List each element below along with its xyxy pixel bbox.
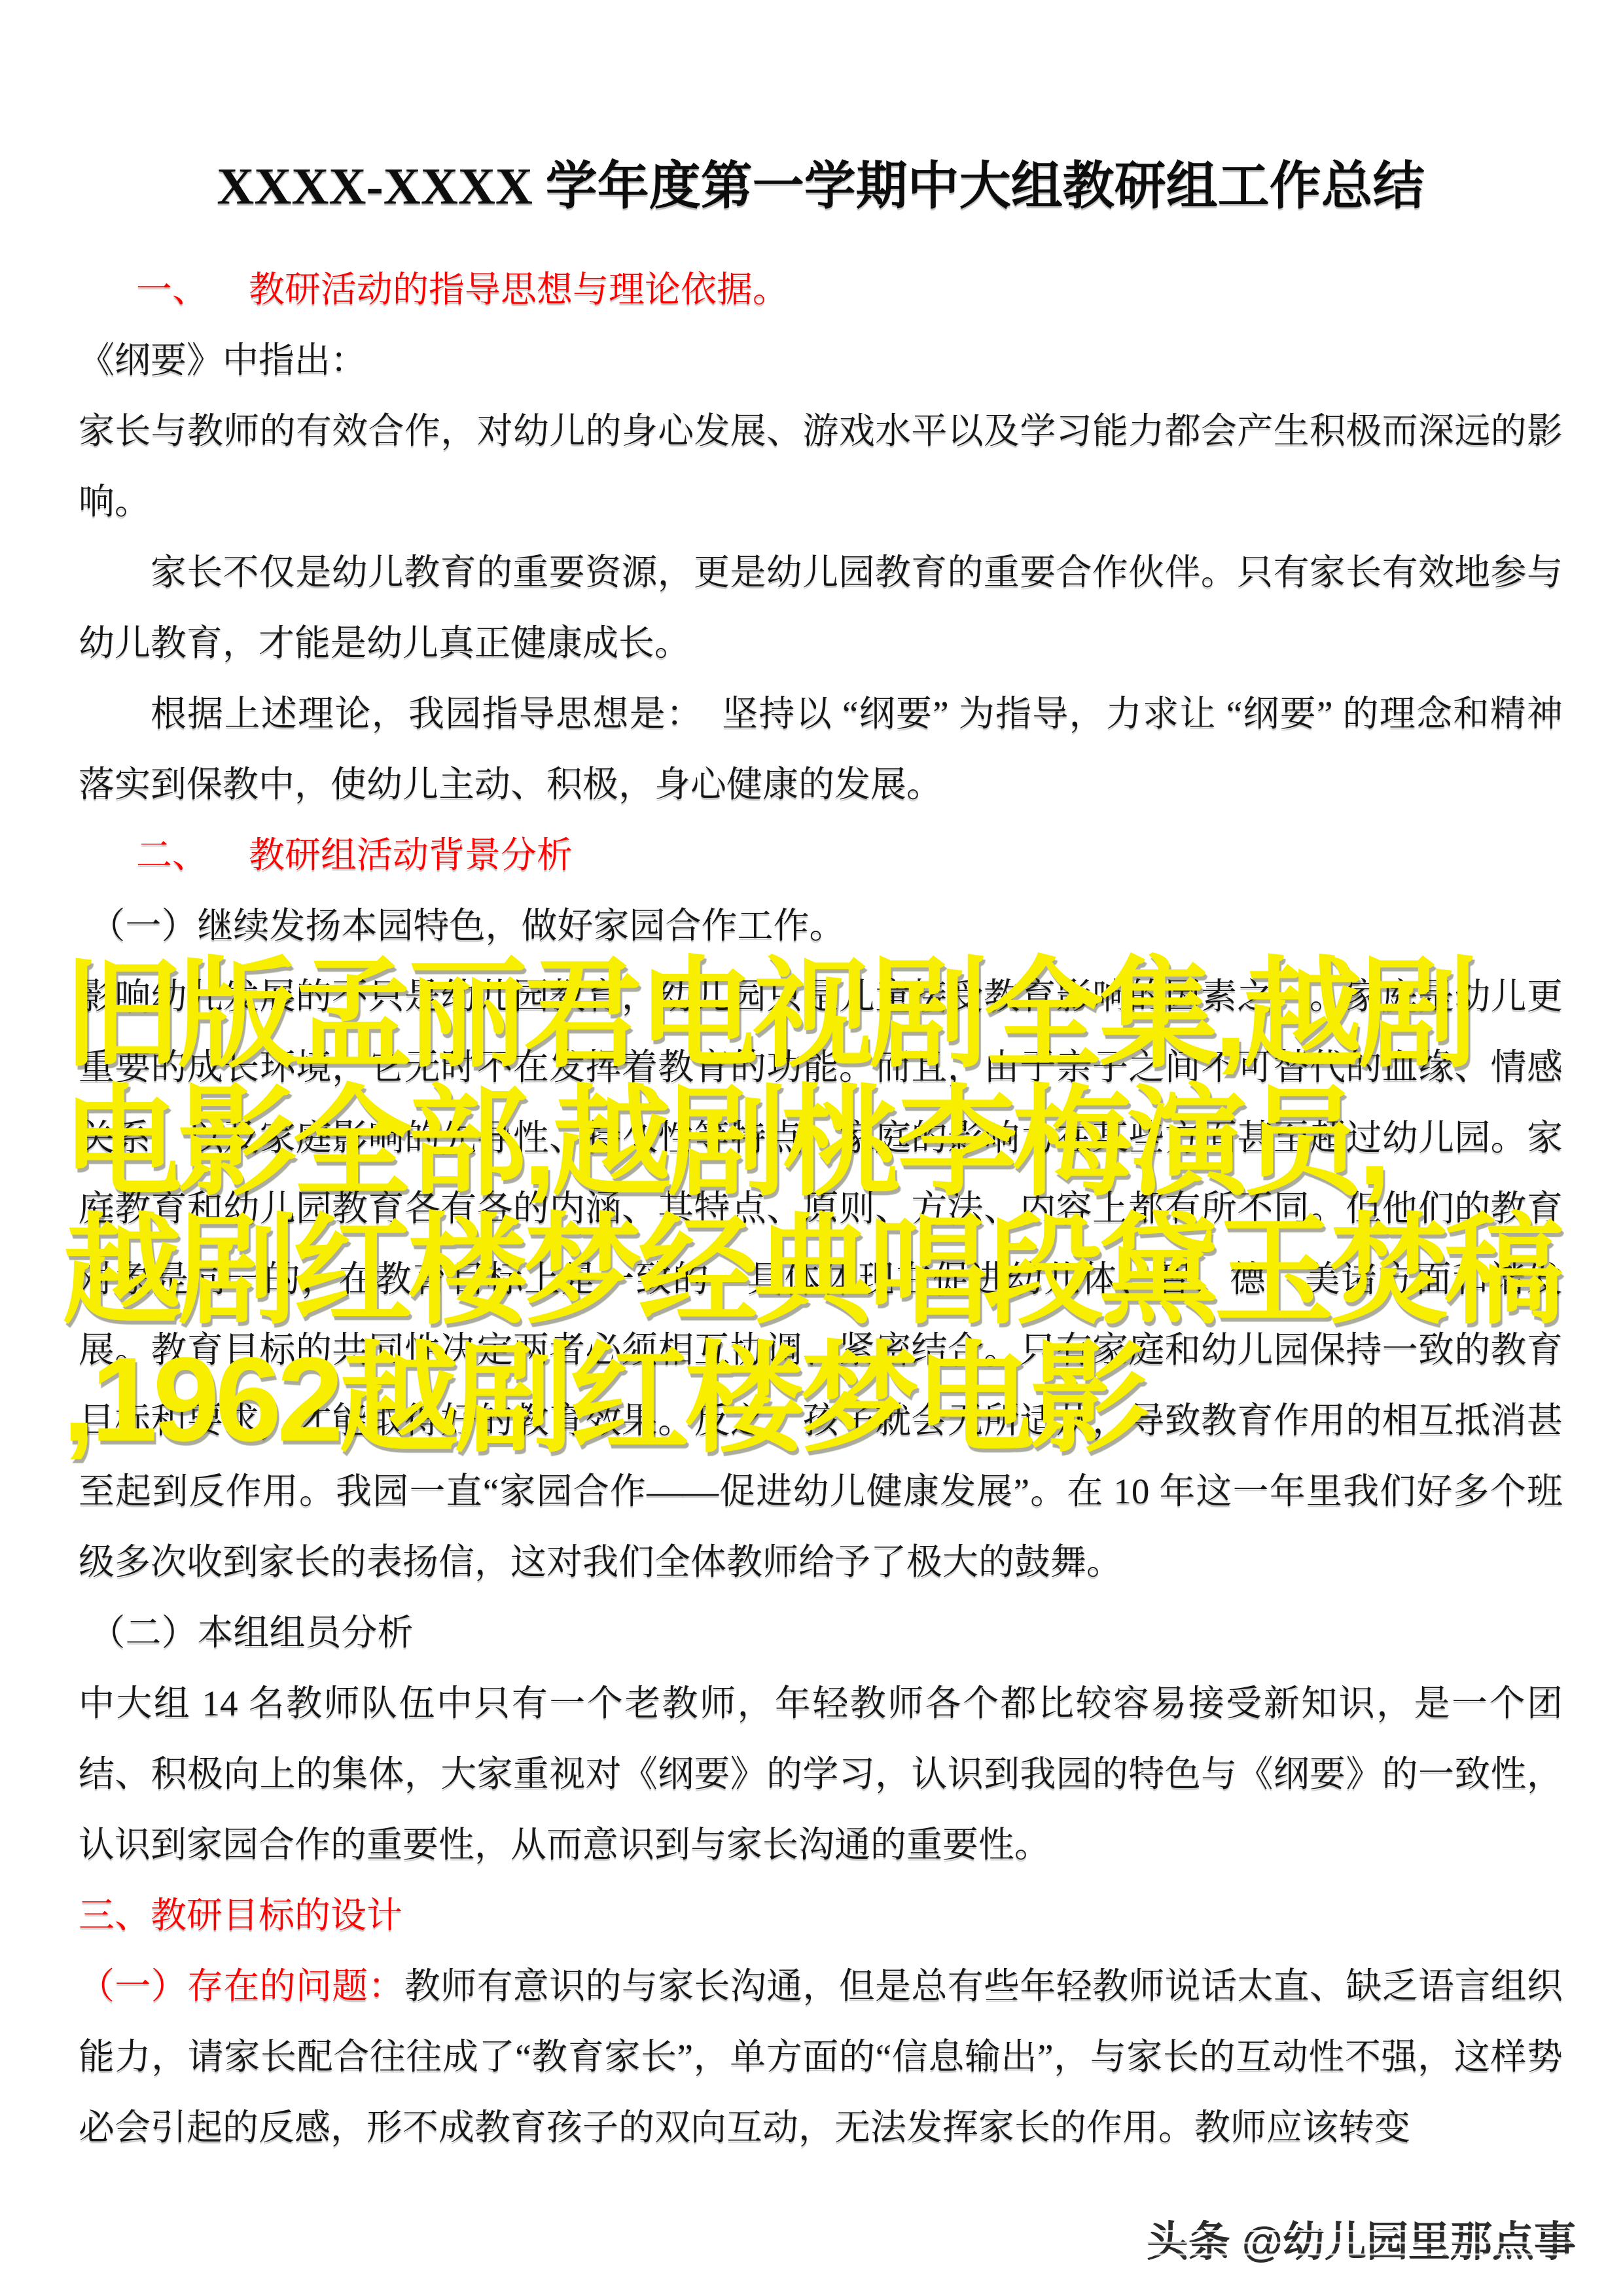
page-title: XXXX-XXXX 学年度第一学期中大组教研组工作总结 — [79, 154, 1563, 221]
inline-red-lead: （一）存在的问题： — [79, 1966, 404, 2006]
paragraph-guiding-thought: 根据上述理论，我园指导思想是： 坚持以 “纲要” 为指导，力求让 “纲要” 的理… — [79, 679, 1563, 820]
section-heading-3: 三、教研目标的设计 — [79, 1880, 1563, 1951]
subheading-member-analysis: （二）本组组员分析 — [79, 1598, 1563, 1668]
section-heading-2: 二、教研组活动背景分析 — [79, 820, 1563, 891]
heading-number: 一、 — [136, 270, 208, 310]
heading-title: 教研目标的设计 — [151, 1895, 402, 1935]
heading-number: 二、 — [136, 835, 208, 875]
paragraph-guideline-intro: 《纲要》中指出： — [79, 325, 1563, 396]
paragraph-existing-problems: （一）存在的问题：教师有意识的与家长沟通，但是总有些年轻教师说话太直、缺乏语言组… — [79, 1951, 1563, 2163]
paragraph-cooperation-effect: 家长与教师的有效合作，对幼儿的身心发展、游戏水平以及学习能力都会产生积极而深远的… — [79, 396, 1563, 537]
heading-number: 三、 — [79, 1895, 151, 1935]
paragraph-team-analysis: 中大组 14 名教师队伍中只有一个老教师，年轻教师各个都比较容易接受新知识，是一… — [79, 1668, 1563, 1880]
subheading-home-cooperation: （一）继续发扬本园特色，做好家园合作工作。 — [79, 891, 1563, 961]
heading-title: 教研组活动背景分析 — [249, 835, 573, 875]
paragraph-family-influence: 影响幼儿发展的不只是幼儿园教育，幼儿园只是儿童接受教育影响的因素之一。家庭是幼儿… — [79, 961, 1563, 1598]
document-page: XXXX-XXXX 学年度第一学期中大组教研组工作总结 一、教研活动的指导思想与… — [0, 0, 1623, 2296]
heading-title: 教研活动的指导思想与理论依据。 — [249, 270, 789, 310]
paragraph-parents-resource: 家长不仅是幼儿教育的重要资源，更是幼儿园教育的重要合作伙伴。只有家长有效地参与幼… — [79, 537, 1563, 679]
section-heading-1: 一、教研活动的指导思想与理论依据。 — [79, 255, 1563, 325]
footer-credit: 头条 @幼儿园里那点事 — [1147, 2208, 1576, 2269]
